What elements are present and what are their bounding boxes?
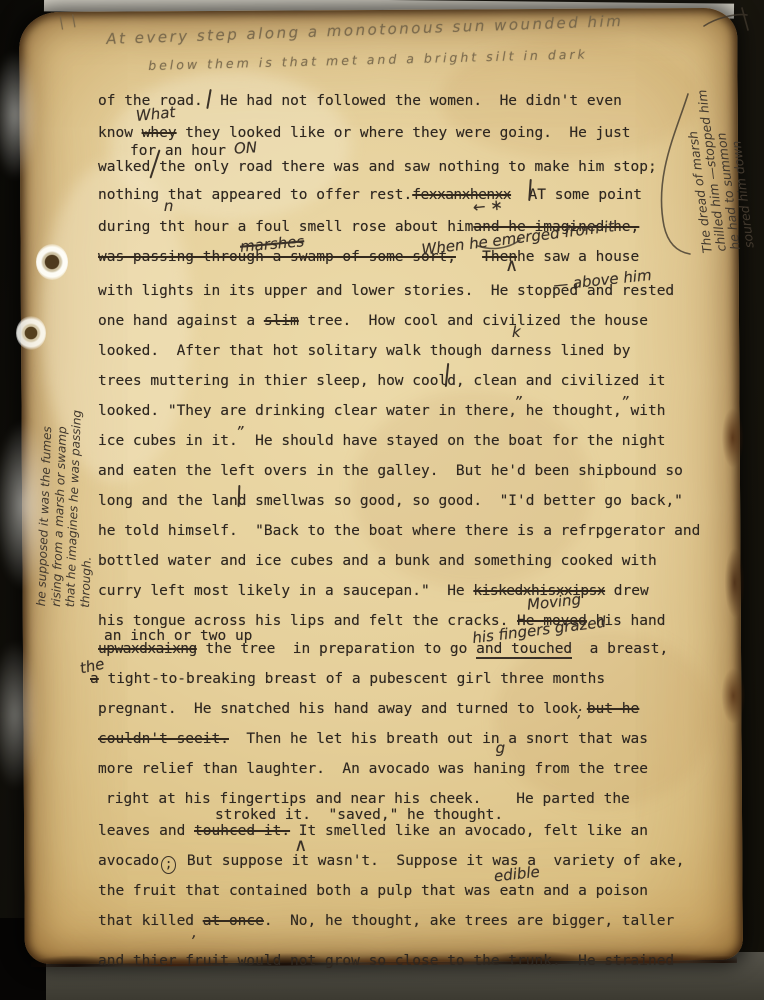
typed-text: trees muttering in thier sleep, how cool… bbox=[98, 373, 456, 389]
typed-text: he saw a house bbox=[517, 249, 639, 265]
struck-typed-text: slim bbox=[264, 313, 299, 329]
typed-text: walked bbox=[98, 159, 150, 175]
typed-text: But suppose it wasn't. Suppose it was a … bbox=[178, 853, 684, 869]
typed-text: one hand against a bbox=[98, 313, 264, 329]
typed-line: pregnant. He snatched his hand away and … bbox=[98, 700, 639, 719]
typed-text: long and the lan bbox=[98, 493, 238, 509]
struck-typed-text: couldn't seeit. bbox=[98, 731, 229, 747]
typed-text: ; bbox=[161, 856, 176, 874]
typed-text: ht hour a foul smell rose about him bbox=[168, 219, 474, 235]
typed-text: the tree in preparation to go bbox=[197, 641, 476, 657]
typed-line: walked the only road there was and saw n… bbox=[98, 158, 657, 177]
struck-typed-text: upwaxdxaixng bbox=[98, 641, 197, 657]
handwritten-edit: ∧ bbox=[505, 257, 518, 276]
handwritten-edit: k bbox=[512, 325, 521, 341]
typed-text: for an hour bbox=[130, 143, 226, 159]
typed-text: ice cubes in it. bbox=[98, 433, 238, 449]
typed-text: leaves and bbox=[98, 823, 194, 839]
typed-text: the fruit that contained both a pulp tha… bbox=[98, 883, 500, 899]
typed-line: and eaten the left overs in the galley. … bbox=[98, 462, 683, 481]
typed-line: avocado; But suppose it wasn't. Suppose … bbox=[98, 852, 684, 871]
typed-text: the only road there was and saw nothing … bbox=[150, 159, 656, 175]
typed-text: looked. "They are drinking clear water i… bbox=[98, 403, 517, 419]
typed-text: eatn and a poison bbox=[500, 883, 648, 899]
typed-text: Then he let his breath out in a snort th… bbox=[229, 731, 648, 747]
typed-text: a breast, bbox=[572, 641, 668, 657]
typed-line: ice cubes in it.” He should have stayed … bbox=[98, 432, 665, 451]
typed-line: and thier fruit would not grow so close … bbox=[98, 952, 674, 971]
typed-text: right at his fingertips and near his che… bbox=[106, 791, 630, 807]
typed-line: bottled water and ice cubes and a bunk a… bbox=[98, 552, 657, 571]
typed-text: more relief than laughter. An avocado wa… bbox=[98, 761, 500, 777]
typed-text: and thier fruit would not grow so close … bbox=[98, 953, 674, 969]
typed-text: ing from the tree bbox=[500, 761, 648, 777]
typed-text: looked. After that hot solitary walk tho… bbox=[98, 343, 517, 359]
typed-text: tree. How cool and civilized the house bbox=[299, 313, 648, 329]
handwritten-edit: ← ∗ bbox=[473, 197, 504, 216]
handwritten-edit: ; bbox=[577, 705, 582, 721]
typed-line: that killed, at once. No, he thought, ak… bbox=[98, 912, 674, 931]
handwritten-edit: ” bbox=[236, 425, 244, 441]
typed-line: with lights in its upper and lower stori… bbox=[98, 282, 674, 301]
typed-line: one hand against a slim tree. How cool a… bbox=[98, 312, 648, 331]
typed-line: the fruit that contained both a pulp tha… bbox=[98, 882, 648, 901]
pen-stroke-mark bbox=[237, 485, 240, 507]
handwritten-edit: n bbox=[164, 199, 174, 215]
typed-line: leaves and touhced it.∧ It smelled like … bbox=[98, 822, 648, 841]
typed-text: . No, he thought, ake trees are bigger, … bbox=[264, 913, 674, 929]
typed-text: ness lined by bbox=[517, 343, 631, 359]
handwritten-edit: ” bbox=[621, 395, 629, 411]
typed-text: tight-to-breaking breast of a pubescent … bbox=[99, 671, 605, 687]
struck-typed-text: but he bbox=[587, 701, 639, 717]
handwritten-edit: What bbox=[135, 105, 176, 125]
handwritten-edit: ON bbox=[234, 140, 258, 157]
typed-text: A bbox=[511, 187, 537, 203]
typed-line: looked. "They are drinking clear water i… bbox=[98, 402, 665, 421]
typed-line: of the road. He had not followed the wom… bbox=[98, 92, 622, 111]
typed-text: he thought, bbox=[517, 403, 622, 419]
typed-line: more relief than laughter. An avocado wa… bbox=[98, 760, 648, 779]
struck-typed-text: touhced it. bbox=[194, 823, 290, 839]
typed-text: that killed bbox=[98, 913, 194, 929]
typed-text: bottled water and ice cubes and a bunk a… bbox=[98, 553, 657, 569]
typed-text: d smellwas so good, so good. "I'd better… bbox=[238, 493, 683, 509]
typed-line: he told himself. "Back to the boat where… bbox=[98, 522, 700, 541]
struck-typed-text: whey bbox=[142, 125, 177, 141]
typed-line: long and the land smellwas so good, so g… bbox=[98, 492, 683, 511]
handwritten-edit: Moving bbox=[526, 592, 582, 613]
photo-of-manuscript-page: of the road. He had not followed the wom… bbox=[0, 0, 764, 1000]
typed-text: He should have stayed on the boat for th… bbox=[238, 433, 666, 449]
typed-text: know bbox=[98, 125, 142, 141]
typed-line: know Whatwhey they looked like or where … bbox=[98, 124, 631, 143]
typed-text: He had not followed the women. He didn't… bbox=[203, 93, 622, 109]
typed-text: pregnant. He snatched his hand away and … bbox=[98, 701, 578, 717]
typed-line: couldn't seeit. Then he let his breath o… bbox=[98, 730, 648, 749]
typed-text: stroked it. "saved," he thought. bbox=[215, 807, 503, 823]
typed-text: , clean and civilized it bbox=[456, 373, 666, 389]
struck-typed-text: at once bbox=[203, 913, 264, 929]
typed-line: marsheswas passing through a swamp of so… bbox=[98, 248, 639, 267]
typed-text: curry left most likely in a saucepan." H… bbox=[98, 583, 473, 599]
typed-line: nothing that appeared to offer rest.fexx… bbox=[98, 186, 642, 205]
typed-text-layer: of the road. He had not followed the wom… bbox=[0, 0, 764, 1000]
left-margin-note: he supposed it was the fumes rising from… bbox=[34, 294, 103, 608]
handwritten-edit: , bbox=[192, 925, 197, 941]
typed-text: T some point bbox=[537, 187, 642, 203]
typed-text: avocado bbox=[98, 853, 159, 869]
typed-line: looked. After that hot solitary walk tho… bbox=[98, 342, 631, 361]
handwritten-edit: ” bbox=[514, 395, 522, 411]
typed-text: nothing that appeared to offer rest. bbox=[98, 187, 412, 203]
typed-text: with lights in its upper and lower stori… bbox=[98, 283, 674, 299]
typed-text: and eaten the left overs in the galley. … bbox=[98, 463, 683, 479]
handwritten-edit: g bbox=[496, 741, 506, 757]
typed-text: during t bbox=[98, 219, 168, 235]
typed-line: thea tight-to-breaking breast of a pubes… bbox=[90, 670, 605, 689]
typed-text: It smelled like an avocado, felt like an bbox=[290, 823, 648, 839]
typed-line: trees muttering in thier sleep, how cool… bbox=[98, 372, 665, 391]
typed-line: upwaxdxaixng the tree in preparation to … bbox=[98, 640, 668, 659]
typed-text: drew bbox=[605, 583, 649, 599]
typed-text: he told himself. "Back to the boat where… bbox=[98, 523, 700, 539]
